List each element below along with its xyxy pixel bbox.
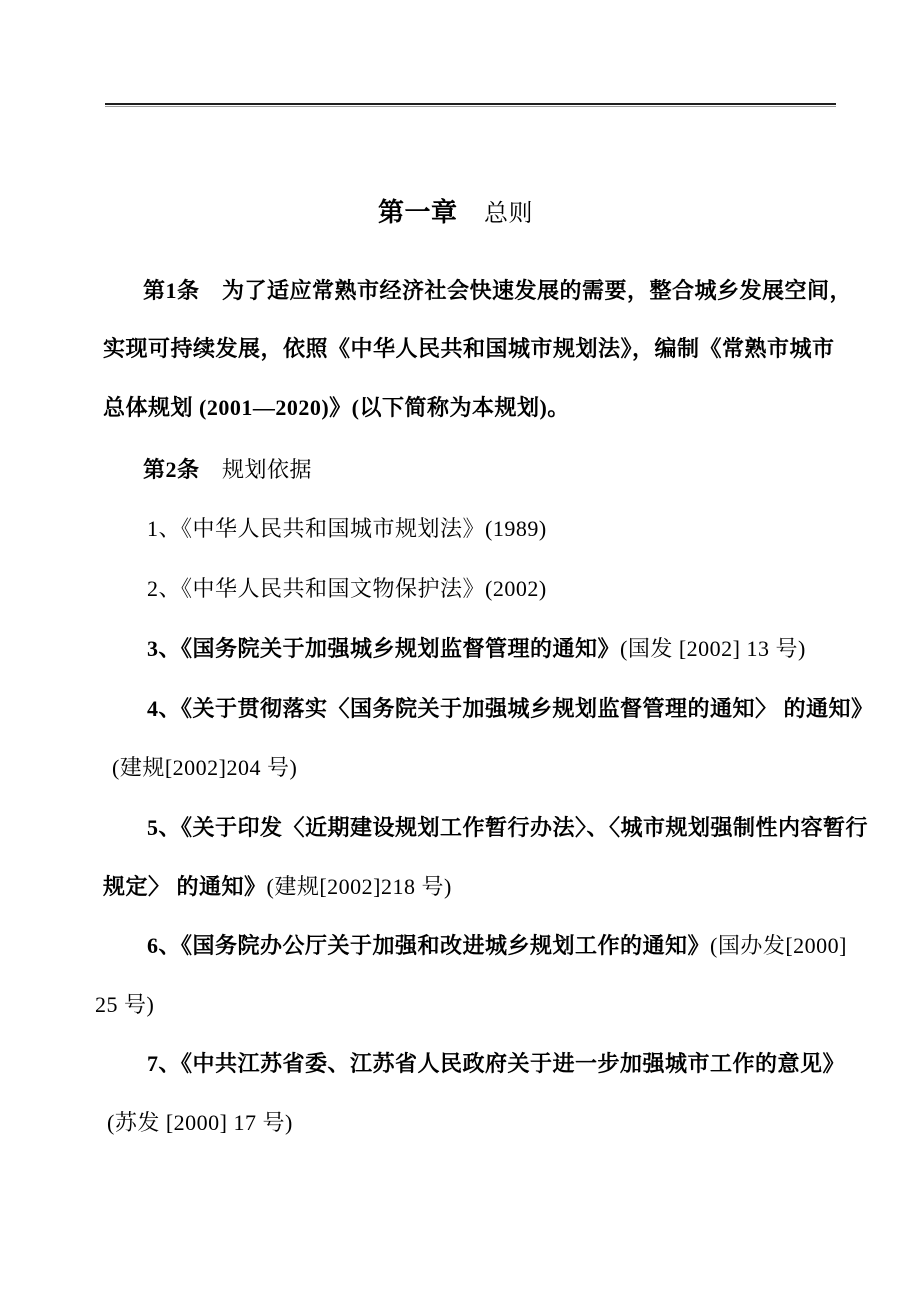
header-rule (105, 103, 836, 105)
document-page: 第一章 总则第1条 为了适应常熟市经济社会快速发展的需要，整合城乡发展空间，实现… (0, 0, 920, 1302)
text-segment: 4、《关于贯彻落实〈国务院关于加强城乡规划监督管理的通知〉 的通知》 (147, 696, 874, 721)
text-segment: 1、《中华人民共和国城市规划法》(1989) (147, 516, 547, 541)
basis-item-7-line-2: (苏发 [2000] 17 号) (107, 1108, 293, 1138)
basis-item-3: 3、《国务院关于加强城乡规划监督管理的通知》(国发 [2002] 13 号) (147, 634, 806, 664)
text-segment: 第一章 (378, 198, 484, 227)
text-segment: 第1条 为了适应常熟市经济社会快速发展的需要，整合城乡发展空间， (143, 278, 852, 303)
header-rule-shadow (105, 106, 836, 107)
text-segment: 3、《国务院关于加强城乡规划监督管理的通知》 (147, 636, 620, 661)
article-1-line-3: 总体规划 (2001—2020)》(以下简称为本规划)。 (103, 393, 570, 423)
text-segment: 实现可持续发展，依照《中华人民共和国城市规划法》，编制《常熟市城市 (103, 336, 835, 361)
text-segment: (建规[2002]204 号) (112, 755, 297, 780)
basis-item-4-line-2: (建规[2002]204 号) (112, 753, 297, 783)
basis-item-7-line-1: 7、《中共江苏省委、江苏省人民政府关于进一步加强城市工作的意见》 (147, 1049, 845, 1079)
basis-item-1: 1、《中华人民共和国城市规划法》(1989) (147, 514, 547, 544)
text-segment: (苏发 [2000] 17 号) (107, 1110, 293, 1135)
text-segment: 7、《中共江苏省委、江苏省人民政府关于进一步加强城市工作的意见》 (147, 1051, 845, 1076)
text-segment: 规定〉 的通知》 (103, 874, 267, 899)
text-segment: 总体规划 (2001—2020)》(以下简称为本规划)。 (103, 395, 570, 420)
article-2-heading: 第2条 规划依据 (143, 455, 312, 485)
basis-item-2: 2、《中华人民共和国文物保护法》(2002) (147, 574, 547, 604)
basis-item-6-line-1: 6、《国务院办公厅关于加强和改进城乡规划工作的通知》(国办发[2000] (147, 931, 847, 961)
text-segment: 6、《国务院办公厅关于加强和改进城乡规划工作的通知》 (147, 933, 710, 958)
basis-item-6-line-2: 25 号) (95, 990, 154, 1020)
article-1-line-2: 实现可持续发展，依照《中华人民共和国城市规划法》，编制《常熟市城市 (103, 334, 835, 364)
text-segment: 总则 (484, 201, 533, 227)
basis-item-5-line-2: 规定〉 的通知》(建规[2002]218 号) (103, 872, 452, 902)
text-segment: 规划依据 (200, 457, 313, 482)
text-segment: 5、《关于印发〈近期建设规划工作暂行办法〉、〈城市规划强制性内容暂行 (147, 815, 868, 840)
text-segment: 2、《中华人民共和国文物保护法》(2002) (147, 576, 547, 601)
text-segment: (国办发[2000] (710, 933, 847, 958)
text-segment: 25 号) (95, 992, 154, 1017)
text-segment: 第2条 (143, 457, 200, 482)
text-segment: (建规[2002]218 号) (267, 874, 452, 899)
basis-item-5-line-1: 5、《关于印发〈近期建设规划工作暂行办法〉、〈城市规划强制性内容暂行 (147, 813, 868, 843)
article-1-line-1: 第1条 为了适应常熟市经济社会快速发展的需要，整合城乡发展空间， (143, 276, 852, 306)
basis-item-4-line-1: 4、《关于贯彻落实〈国务院关于加强城乡规划监督管理的通知〉 的通知》 (147, 694, 874, 724)
chapter-title: 第一章 总则 (378, 196, 533, 231)
text-segment: (国发 [2002] 13 号) (620, 636, 806, 661)
